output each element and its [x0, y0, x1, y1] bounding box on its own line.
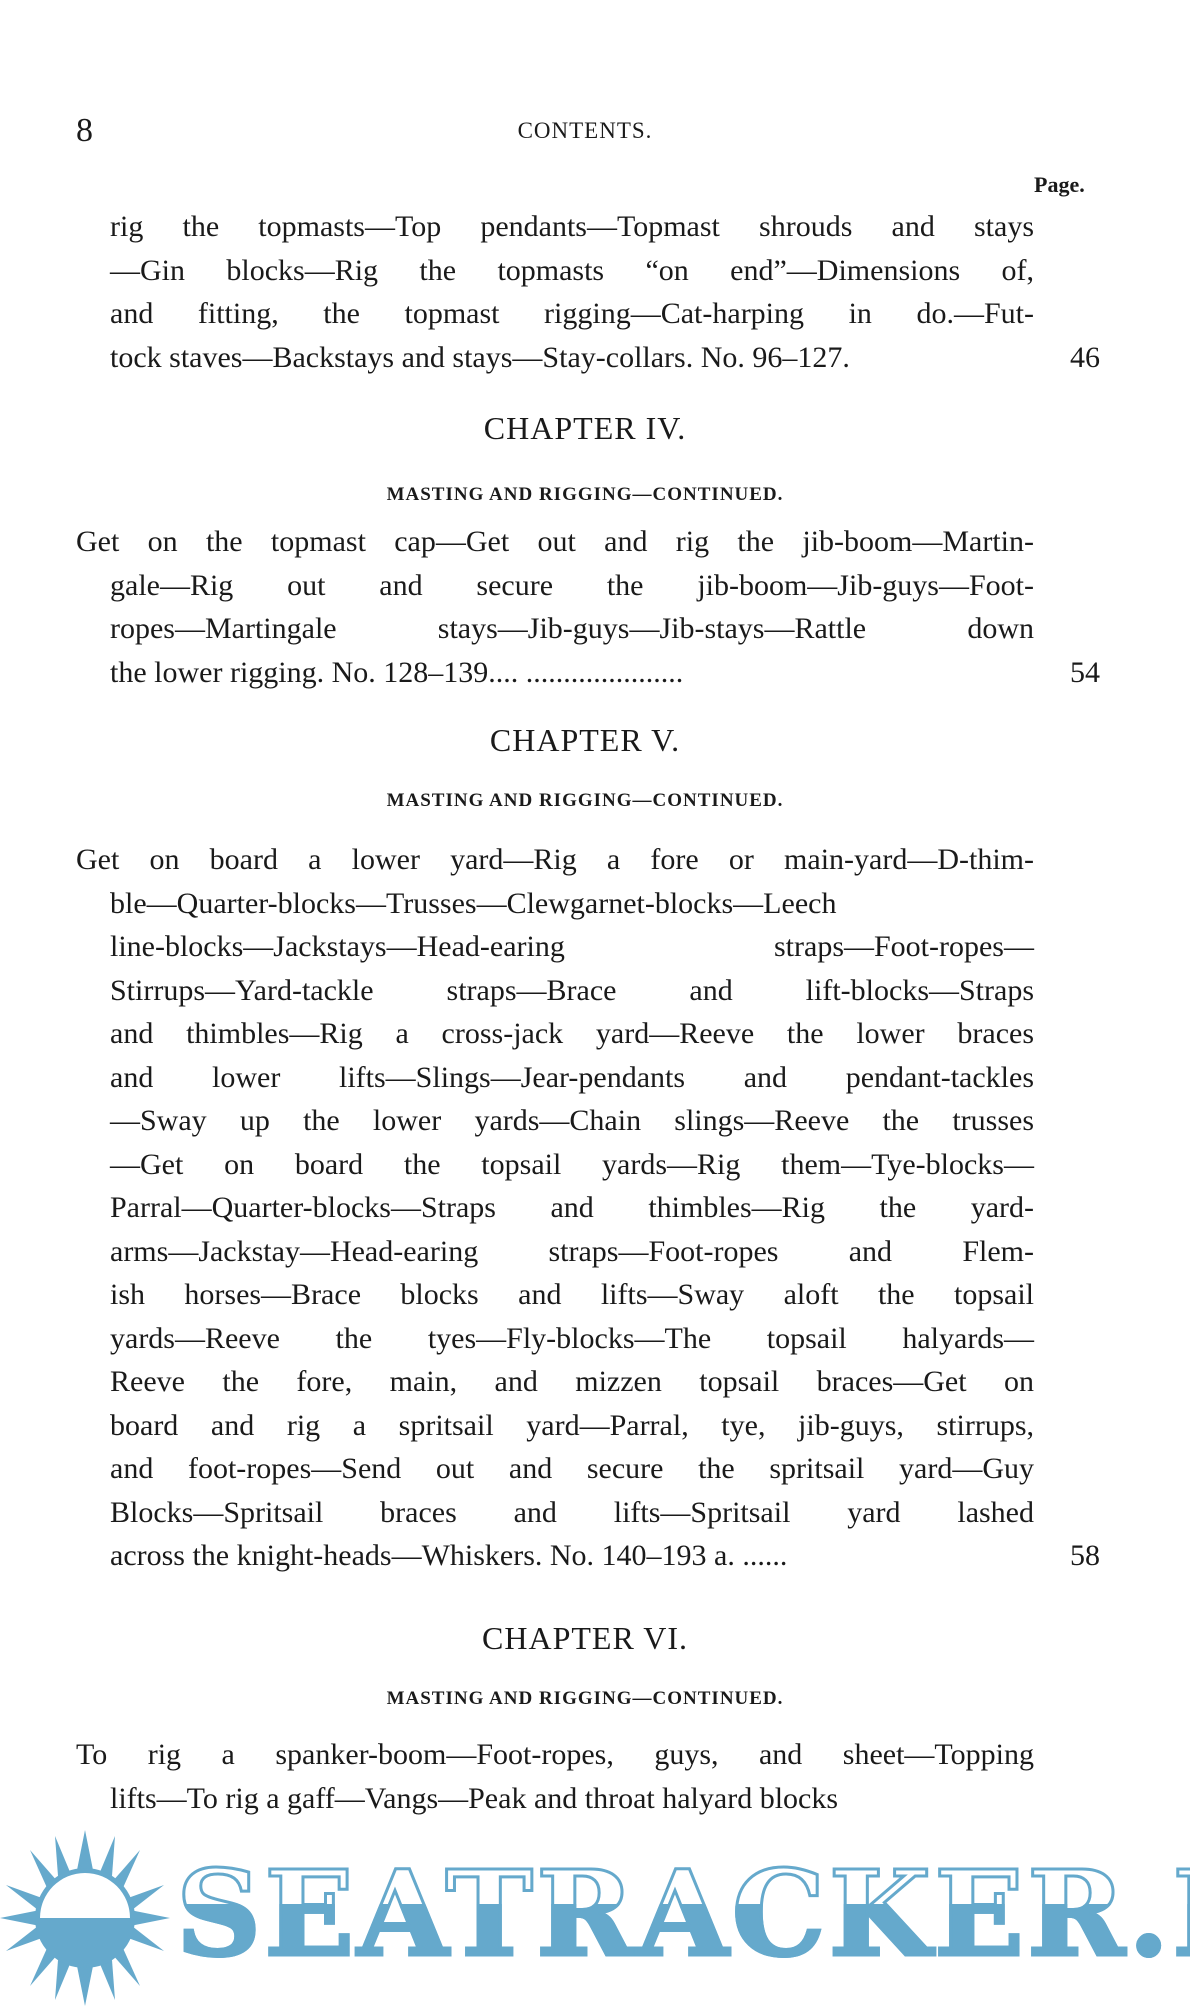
watermark-text: SEATRACKER.RU	[176, 1844, 1190, 1984]
entry-line: across the knight-heads—Whiskers. No. 14…	[110, 1534, 1034, 1578]
entry-line: Get on the topmast cap—Get out and rig t…	[76, 520, 1034, 564]
toc-entry-chapter-iv: Get on the topmast cap—Get out and rig t…	[76, 520, 1100, 694]
chapter-vi-subtitle: MASTING AND RIGGING—CONTINUED.	[0, 1688, 1170, 1710]
entry-line: —Gin blocks—Rig the topmasts “on end”—Di…	[110, 249, 1034, 293]
chapter-v-subtitle: MASTING AND RIGGING—CONTINUED.	[0, 790, 1170, 812]
entry-page-number: 46	[1034, 336, 1100, 380]
entry-line: rig the topmasts—Top pendants—Topmast sh…	[110, 205, 1034, 249]
entry-line: and foot-ropes—Send out and secure the s…	[110, 1447, 1034, 1491]
entry-page-number: 54	[1034, 651, 1100, 695]
entry-line: gale—Rig out and secure the jib-boom—Jib…	[110, 564, 1034, 608]
entry-line: Get on board a lower yard—Rig a fore or …	[76, 838, 1034, 882]
entry-line: line-blocks—Jackstays—Head-earing straps…	[110, 925, 1034, 969]
entry-line: arms—Jackstay—Head-earing straps—Foot-ro…	[110, 1230, 1034, 1274]
entry-line: and lower lifts—Slings—Jear-pendants and…	[110, 1056, 1034, 1100]
entry-line: ish horses—Brace blocks and lifts—Sway a…	[110, 1273, 1034, 1317]
entry-line: Stirrups—Yard-tackle straps—Brace and li…	[110, 969, 1034, 1013]
entry-page-number: 58	[1034, 1534, 1100, 1578]
entry-line: Parral—Quarter-blocks—Straps and thimble…	[110, 1186, 1034, 1230]
entry-line: —Get on board the topsail yards—Rig them…	[110, 1143, 1034, 1187]
sun-icon	[0, 1830, 170, 2006]
chapter-iv-title: CHAPTER IV.	[0, 410, 1170, 447]
toc-entry-chapter-3-continued: rig the topmasts—Top pendants—Topmast sh…	[110, 205, 1100, 379]
entry-line: To rig a spanker-boom—Foot-ropes, guys, …	[76, 1733, 1034, 1777]
running-title: CONTENTS.	[0, 118, 1170, 144]
entry-line: Reeve the fore, main, and mizzen topsail…	[110, 1360, 1034, 1404]
entry-line: and fitting, the topmast rigging—Cat-har…	[110, 292, 1034, 336]
entry-line: board and rig a spritsail yard—Parral, t…	[110, 1404, 1034, 1448]
entry-line: yards—Reeve the tyes—Fly-blocks—The tops…	[110, 1317, 1034, 1361]
chapter-iv-subtitle: MASTING AND RIGGING—CONTINUED.	[0, 484, 1170, 506]
entry-line: ropes—Martingale stays—Jib-guys—Jib-stay…	[110, 607, 1034, 651]
entry-line: Blocks—Spritsail braces and lifts—Sprits…	[110, 1491, 1034, 1535]
chapter-vi-title: CHAPTER VI.	[0, 1620, 1170, 1657]
entry-line: the lower rigging. No. 128–139.... .....…	[110, 651, 1034, 695]
entry-line: ble—Quarter-blocks—Trusses—Clewgarnet-bl…	[110, 882, 1034, 926]
watermark: SEATRACKER.RU	[0, 1830, 1190, 2006]
chapter-v-title: CHAPTER V.	[0, 722, 1170, 759]
page-column-label: Page.	[1034, 172, 1085, 198]
toc-entry-chapter-vi: To rig a spanker-boom—Foot-ropes, guys, …	[76, 1733, 1100, 1820]
entry-line: tock staves—Backstays and stays—Stay-col…	[110, 336, 1034, 380]
entry-line: —Sway up the lower yards—Chain slings—Re…	[110, 1099, 1034, 1143]
entry-line: and thimbles—Rig a cross-jack yard—Reeve…	[110, 1012, 1034, 1056]
toc-entry-chapter-v: Get on board a lower yard—Rig a fore or …	[76, 838, 1100, 1578]
entry-line: lifts—To rig a gaff—Vangs—Peak and throa…	[110, 1777, 1034, 1821]
